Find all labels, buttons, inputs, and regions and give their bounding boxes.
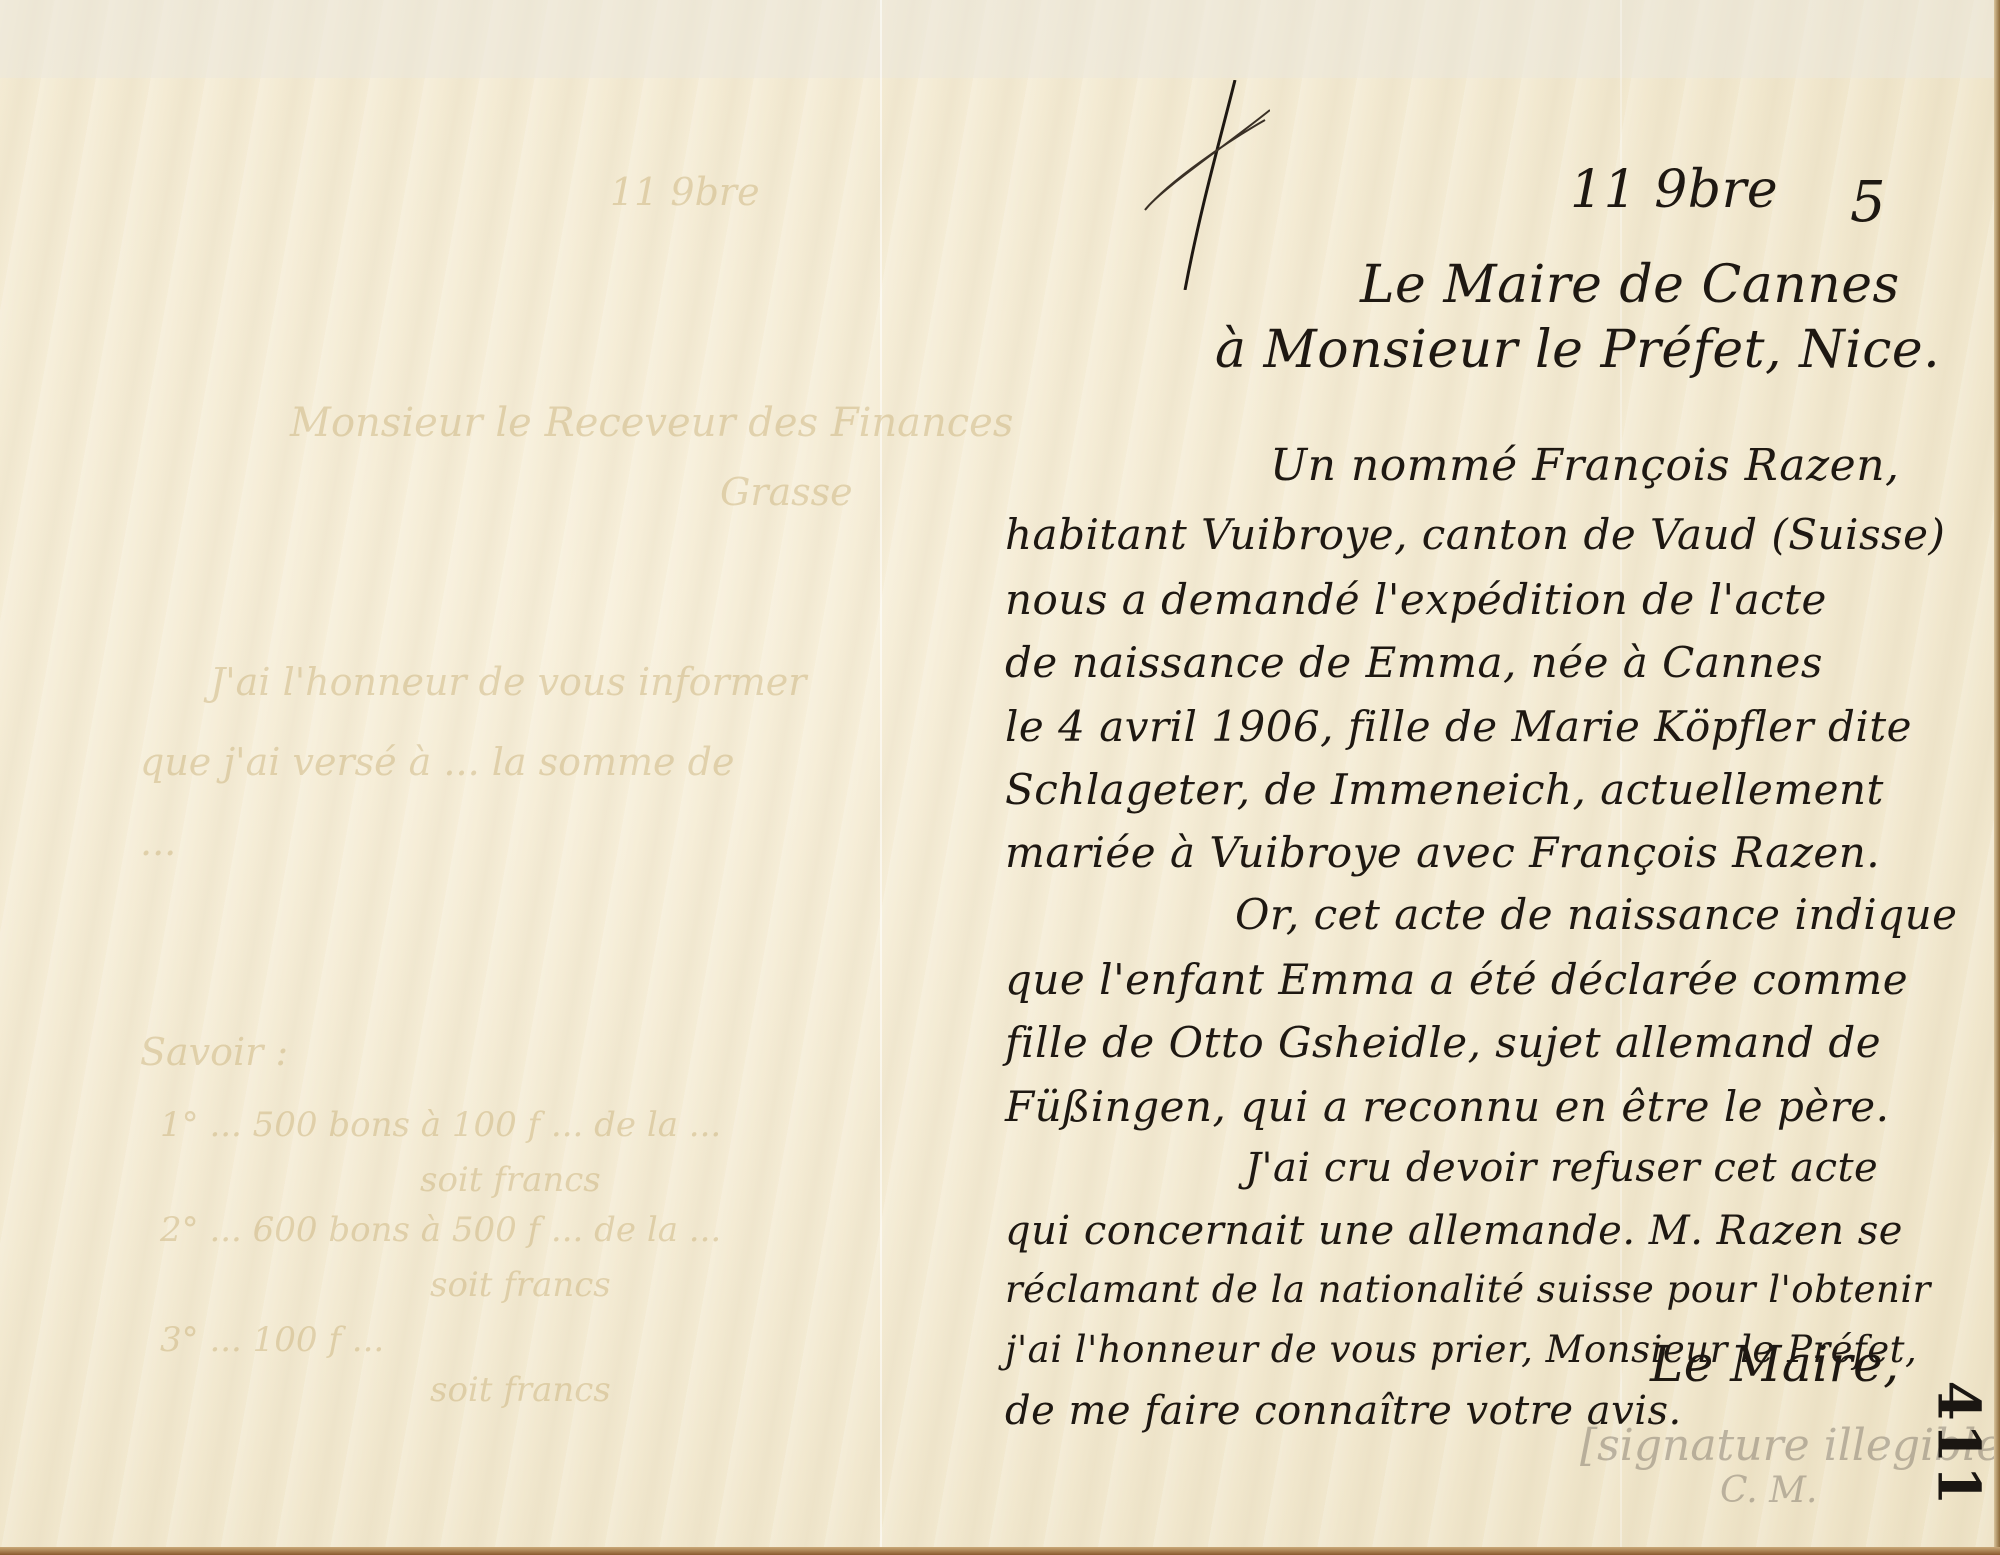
body-line: le 4 avril 1906, fille de Marie Köpfler … [1005,702,1912,751]
sender-line: Le Maire de Cannes [1360,255,1900,315]
body-line: mariée à Vuibroye avec François Razen. [1005,828,1880,877]
body-line: Füßingen, qui a reconnu en être le père. [1005,1082,1890,1131]
bleed-line: J'ai l'honneur de vous informer [210,660,806,704]
paper-bottom-edge [0,1547,2000,1555]
body-line: habitant Vuibroye, canton de Vaud (Suiss… [1005,510,1945,559]
body-line: que l'enfant Emma a été déclarée comme [1005,955,1908,1004]
bleed-line: soit francs [430,1370,611,1410]
bleed-line: que j'ai versé à ... la somme de [140,740,734,784]
bleed-line: Grasse [720,470,853,514]
marginal-x-mark-icon [1140,80,1270,290]
bleed-line: Monsieur le Receveur des Finances [290,400,1013,446]
body-line: Schlageter, de Immeneich, actuellement [1005,765,1884,814]
date-suffix: 5 [1850,170,1886,235]
closing-line: Le Maire, [1650,1335,1900,1393]
paper-top-strip [0,0,2000,78]
body-line: qui concernait une allemande. M. Razen s… [1005,1208,1903,1254]
document-page: 11 9bre Monsieur le Receveur des Finance… [0,0,2000,1555]
bleed-line: 3° ... 100 f ... [160,1320,384,1360]
body-line: nous a demandé l'expédition de l'acte [1005,575,1827,624]
body-line: fille de Otto Gsheidle, sujet allemand d… [1005,1018,1881,1067]
body-line: Un nommé François Razen, [1270,440,1900,491]
bleed-date: 11 9bre [610,170,760,214]
bleed-line: 1° ... 500 bons à 100 f ... de la ... [160,1105,721,1145]
recipient-line: à Monsieur le Préfet, Nice. [1215,320,1940,380]
bleed-line: soit francs [430,1265,611,1305]
bleed-line: soit francs [420,1160,601,1200]
bleed-line: 2° ... 600 bons à 500 f ... de la ... [160,1210,721,1250]
date-line: 11 9bre [1570,160,1778,220]
body-line: Or, cet acte de naissance indique [1235,890,1957,939]
folio-number-stamp: 411 [1925,1380,1993,1507]
body-line: de naissance de Emma, née à Cannes [1005,638,1823,687]
bleed-line: Savoir : [140,1030,288,1074]
paper-right-edge [1994,0,2000,1555]
paper-fold-line [880,0,882,1555]
pencil-initials: C. M. [1720,1470,1817,1511]
body-line: réclamant de la nationalité suisse pour … [1005,1268,1931,1311]
bleed-line: ... [140,820,176,864]
body-line: J'ai cru devoir refuser cet acte [1245,1145,1878,1191]
